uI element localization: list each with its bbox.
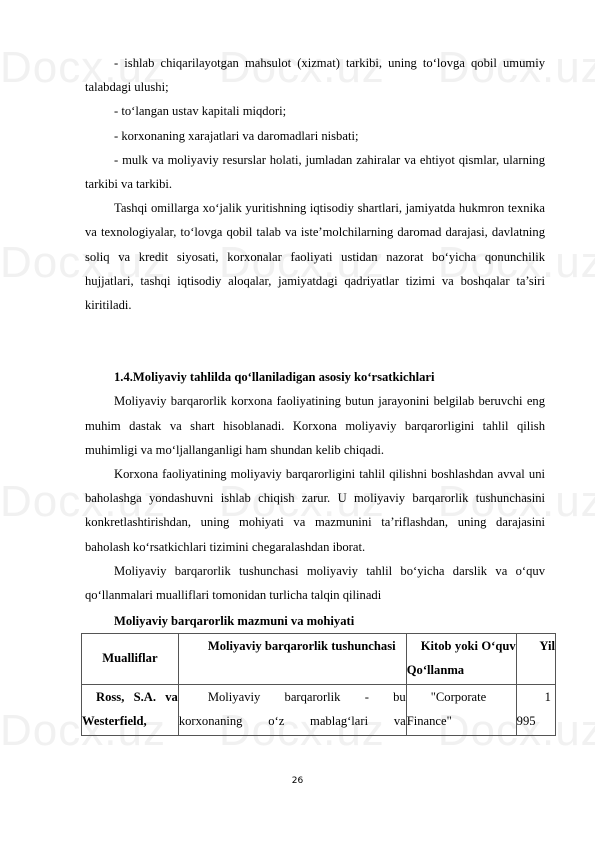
authors-table: Mualliflar Moliyaviy barqarorlik tushunc… <box>81 633 556 736</box>
header-year: Yil <box>516 634 555 685</box>
cell-concept: Moliyaviy barqarorlik - bu korxonaning o… <box>178 685 406 736</box>
cell-book: "Corporate Finance" <box>406 685 516 736</box>
document-page: - ishlab chiqarilayotgan mahsulot (xizma… <box>85 51 545 736</box>
bullet-item: - ishlab chiqarilayotgan mahsulot (xizma… <box>85 51 545 99</box>
paragraph-external-factors: Tashqi omillarga xo‘jalik yuritishning i… <box>85 196 545 317</box>
page-number: 26 <box>0 776 595 786</box>
header-book: Kitob yoki O‘quv Qo‘llanma <box>406 634 516 685</box>
paragraph: Moliyaviy barqarorlik korxona faoliyatin… <box>85 389 545 462</box>
table-caption: Moliyaviy barqarorlik mazmuni va mohiyat… <box>85 609 545 633</box>
header-authors: Mualliflar <box>82 634 179 685</box>
bullet-item: - mulk va moliyaviy resurslar holati, ju… <box>85 148 545 196</box>
spacer <box>85 317 545 365</box>
cell-authors: Ross, S.A. va Westerfield, <box>82 685 179 736</box>
paragraph: Moliyaviy barqarorlik tushunchasi moliya… <box>85 559 545 607</box>
bullet-item: - korxonaning xarajatlari va daromadlari… <box>85 124 545 148</box>
table-header-row: Mualliflar Moliyaviy barqarorlik tushunc… <box>82 634 556 685</box>
paragraph: Korxona faoliyatining moliyaviy barqaror… <box>85 462 545 559</box>
section-heading: 1.4.Moliyaviy tahlilda qo‘llaniladigan a… <box>85 365 545 389</box>
cell-year: 1995 <box>516 685 555 736</box>
table-row: Ross, S.A. va Westerfield, Moliyaviy bar… <box>82 685 556 736</box>
header-concept: Moliyaviy barqarorlik tushunchasi <box>178 634 406 685</box>
bullet-item: - to‘langan ustav kapitali miqdori; <box>85 99 545 123</box>
